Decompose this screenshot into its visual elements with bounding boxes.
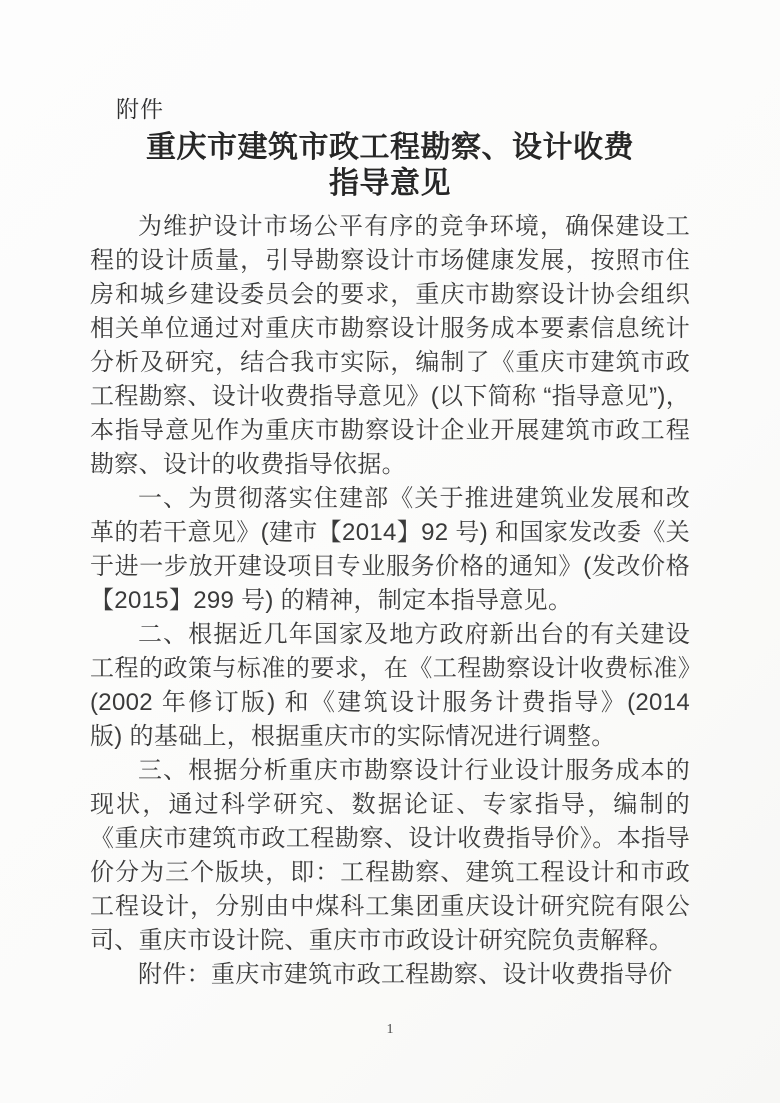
page-number: 1	[0, 1022, 780, 1038]
document-title-line-1: 重庆市建筑市政工程勘察、设计收费	[90, 130, 690, 166]
document-body: 为维护设计市场公平有序的竞争环境，确保建设工程的设计质量，引导勘察设计市场健康发…	[90, 210, 690, 992]
paragraph-item-1: 一、为贯彻落实住建部《关于推进建筑业发展和改革的若干意见》(建市【2014】92…	[90, 482, 690, 618]
paragraph-item-2: 二、根据近几年国家及地方政府新出台的有关建设工程的政策与标准的要求，在《工程勘察…	[90, 618, 690, 754]
document-content: 附件 重庆市建筑市政工程勘察、设计收费 指导意见 为维护设计市场公平有序的竞争环…	[90, 96, 690, 992]
paragraph-intro: 为维护设计市场公平有序的竞争环境，确保建设工程的设计质量，引导勘察设计市场健康发…	[90, 210, 690, 482]
attachment-label: 附件	[116, 96, 690, 122]
document-page: 附件 重庆市建筑市政工程勘察、设计收费 指导意见 为维护设计市场公平有序的竞争环…	[0, 0, 780, 1103]
document-title-line-2: 指导意见	[90, 166, 690, 202]
document-title: 重庆市建筑市政工程勘察、设计收费 指导意见	[90, 130, 690, 202]
paragraph-item-3: 三、根据分析重庆市勘察设计行业设计服务成本的现状，通过科学研究、数据论证、专家指…	[90, 754, 690, 958]
paragraph-attachment-reference: 附件：重庆市建筑市政工程勘察、设计收费指导价	[90, 958, 690, 992]
